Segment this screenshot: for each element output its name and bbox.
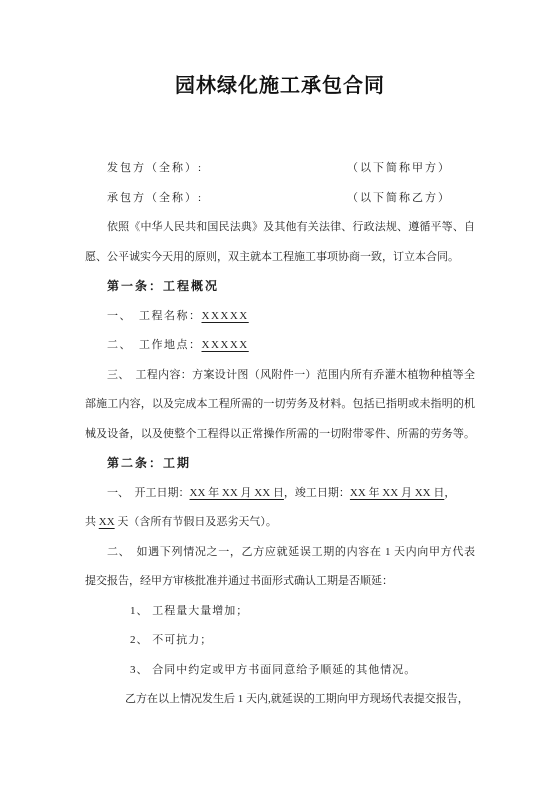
fill-in-blank: XX 年 XX 月 XX 日 <box>190 487 284 499</box>
party-b-line: 承包方（全称）:（以下简称乙方） <box>85 184 475 214</box>
text-run: 三、 工程内容：方案设计图（风附件一）范围内所有乔灌木植物种植等全 <box>107 369 475 381</box>
text-run: ， <box>444 487 455 499</box>
text-run: 愿、公平诚实今天用的原则，双主就本工程施工事项协商一致，订立本合同。 <box>85 251 459 263</box>
text-run: 天（含所有节假日及恶劣天气）。 <box>115 516 277 528</box>
article-2-heading: 第二条：工期 <box>85 449 475 479</box>
fill-in-blank: XX <box>99 516 115 528</box>
text-run: 3、 合同中约定或甲方书面同意给予顺延的其他情况。 <box>130 664 416 676</box>
text-run: 械及设备，以及使整个工程得以正常操作所需的一切附带零件、所需的劳务等。 <box>85 428 475 440</box>
text-run: 二、 如遇下列情况之一，乙方应就延误工期的内容在 1 天内向甲方代表 <box>107 546 475 558</box>
text-run: 部施工内容，以及完成本工程所需的一切劳务及材料。包括已指明或未指明的机 <box>85 398 475 410</box>
text-run: 承包方（全称）: <box>107 192 203 204</box>
text-run: 二、 工作地点： <box>107 339 202 351</box>
article-1-heading: 第一条：工程概况 <box>85 272 475 302</box>
delay-item-3: 3、 合同中约定或甲方书面同意给予顺延的其他情况。 <box>85 656 475 686</box>
text-run: ，竣工日期： <box>284 487 350 499</box>
delay-report-line: 乙方在以上情况发生后 1 天内,就延误的工期向甲方现场代表提交报告， <box>85 685 475 715</box>
delay-item-2: 2、 不可抗力； <box>85 626 475 656</box>
document-body: 发包方（全称）:（以下简称甲方）承包方（全称）:（以下简称乙方）依照《中华人民共… <box>85 154 475 715</box>
text-run: 1、 工程量大量增加； <box>130 605 248 617</box>
project-content-line-3: 械及设备，以及使整个工程得以正常操作所需的一切附带零件、所需的劳务等。 <box>85 420 475 450</box>
text-run: 共 <box>85 516 99 528</box>
fill-in-blank: XXXXX <box>202 310 249 322</box>
text-run: 2、 不可抗力； <box>130 634 212 646</box>
project-content-line-1: 三、 工程内容：方案设计图（风附件一）范围内所有乔灌木植物种植等全 <box>85 361 475 391</box>
party-b-short-note: （以下简称乙方） <box>347 184 451 214</box>
delay-clause-line-1: 二、 如遇下列情况之一，乙方应就延误工期的内容在 1 天内向甲方代表 <box>85 538 475 568</box>
text-run: 第一条：工程概况 <box>107 279 219 293</box>
schedule-dates-line: 一、 开工日期：XX 年 XX 月 XX 日，竣工日期：XX 年 XX 月 XX… <box>85 479 475 509</box>
fill-in-blank: XXXXX <box>202 339 249 351</box>
text-run: 发包方（全称）: <box>107 162 203 174</box>
project-name-line: 一、 工程名称：XXXXX <box>85 302 475 332</box>
preamble-line-2: 愿、公平诚实今天用的原则，双主就本工程施工事项协商一致，订立本合同。 <box>85 243 475 273</box>
work-location-line: 二、 工作地点：XXXXX <box>85 331 475 361</box>
delay-item-1: 1、 工程量大量增加； <box>85 597 475 627</box>
text-run: 乙方在以上情况发生后 1 天内,就延误的工期向甲方现场代表提交报告， <box>125 693 469 705</box>
text-run: 一、 工程名称： <box>107 310 202 322</box>
delay-clause-line-2: 提交报告，经甲方审核批准并通过书面形式确认工期是否顺延： <box>85 567 475 597</box>
text-run: 第二条：工期 <box>107 456 191 470</box>
document-page: 园林绿化施工承包合同 发包方（全称）:（以下简称甲方）承包方（全称）:（以下简称… <box>0 0 560 792</box>
text-run: 依照《中华人民共和国民法典》及其他有关法律、行政法规、遵循平等、自 <box>107 221 475 233</box>
fill-in-blank: XX 年 XX 月 XX 日 <box>350 487 444 499</box>
document-title: 园林绿化施工承包合同 <box>85 70 475 102</box>
preamble-line-1: 依照《中华人民共和国民法典》及其他有关法律、行政法规、遵循平等、自 <box>85 213 475 243</box>
party-a-short-note: （以下简称甲方） <box>347 154 451 184</box>
schedule-duration-line: 共 XX 天（含所有节假日及恶劣天气）。 <box>85 508 475 538</box>
project-content-line-2: 部施工内容，以及完成本工程所需的一切劳务及材料。包括已指明或未指明的机 <box>85 390 475 420</box>
text-run: 提交报告，经甲方审核批准并通过书面形式确认工期是否顺延： <box>85 575 393 587</box>
party-a-line: 发包方（全称）:（以下简称甲方） <box>85 154 475 184</box>
text-run: 一、 开工日期： <box>107 487 190 499</box>
